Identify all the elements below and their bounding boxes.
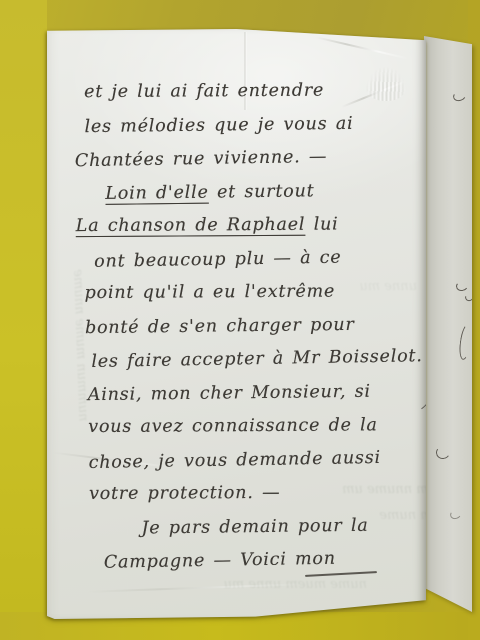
text-line: Ainsi, mon cher Monsieur, si [78, 374, 443, 412]
ink-fragment [435, 445, 451, 460]
text-segment: les faire accepter à Mr Boisselot. [91, 346, 423, 372]
text-segment: Chantées rue vivienne. — [75, 147, 328, 171]
text-line: votre protection. — [79, 476, 444, 512]
ink-fragment [449, 509, 462, 521]
text-segment: lui [305, 215, 338, 235]
backdrop-left-strip [0, 0, 47, 640]
text-line: chose, je vous demande aussi [78, 440, 444, 480]
text-segment: votre protection. — [89, 483, 280, 504]
text-segment: et je lui ai fait entendre [84, 81, 324, 102]
underlined-song-title: La chanson de Raphael [76, 215, 306, 236]
ink-fragment [458, 323, 472, 360]
text-line: et je lui ai fait entendre [74, 74, 439, 110]
text-segment: point qu'il a eu l'extrême [85, 282, 336, 304]
text-line: Campagne — Voici mon [80, 541, 446, 581]
text-line: Loin d'elle et surtout [75, 173, 440, 211]
text-segment: chose, je vous demande aussi [88, 447, 381, 472]
text-line: bonté de s'en charger pour [77, 307, 442, 345]
text-segment: bonté de s'en charger pour [85, 314, 355, 337]
second-page-folded-edge [424, 36, 472, 612]
letter-lines: et je lui ai fait entendreles mélodies q… [74, 73, 445, 580]
text-segment: vous avez connaissance de la [88, 415, 378, 437]
underlined-song-title: Loin d'elle [105, 182, 209, 203]
paper-crease [87, 583, 307, 593]
text-line: les faire accepter à Mr Boisselot. [77, 340, 443, 380]
ink-fragment [464, 291, 472, 302]
text-line: vous avez connaissance de la [78, 409, 443, 445]
text-line: les mélodies que je vous ai [74, 106, 439, 144]
text-segment: Campagne — Voici mon [104, 549, 336, 573]
text-segment: ont beaucoup plu — à ce [94, 247, 342, 271]
text-line: point qu'il a eu l'extrême [76, 275, 441, 311]
text-line: Chantées rue vivienne. — [75, 139, 441, 179]
text-line: Je pars demain pour la [79, 508, 444, 546]
text-line: La chanson de Raphael lui [76, 208, 441, 244]
text-segment: et surtout [209, 181, 315, 202]
text-segment: Je pars demain pour la [141, 515, 368, 538]
text-segment: les mélodies que je vous ai [84, 113, 353, 136]
photograph-of-letter: nummun mume nnume muem nnume umemun nume… [0, 0, 480, 640]
text-segment: Ainsi, mon cher Monsieur, si [88, 381, 371, 404]
ink-fragment [455, 280, 469, 292]
text-line: ont beaucoup plu — à ce [76, 239, 442, 279]
ink-fragment [452, 89, 467, 103]
letter-page: nummun mume nnume muem nnume umemun nume… [47, 29, 426, 619]
paper-crease [316, 36, 409, 59]
